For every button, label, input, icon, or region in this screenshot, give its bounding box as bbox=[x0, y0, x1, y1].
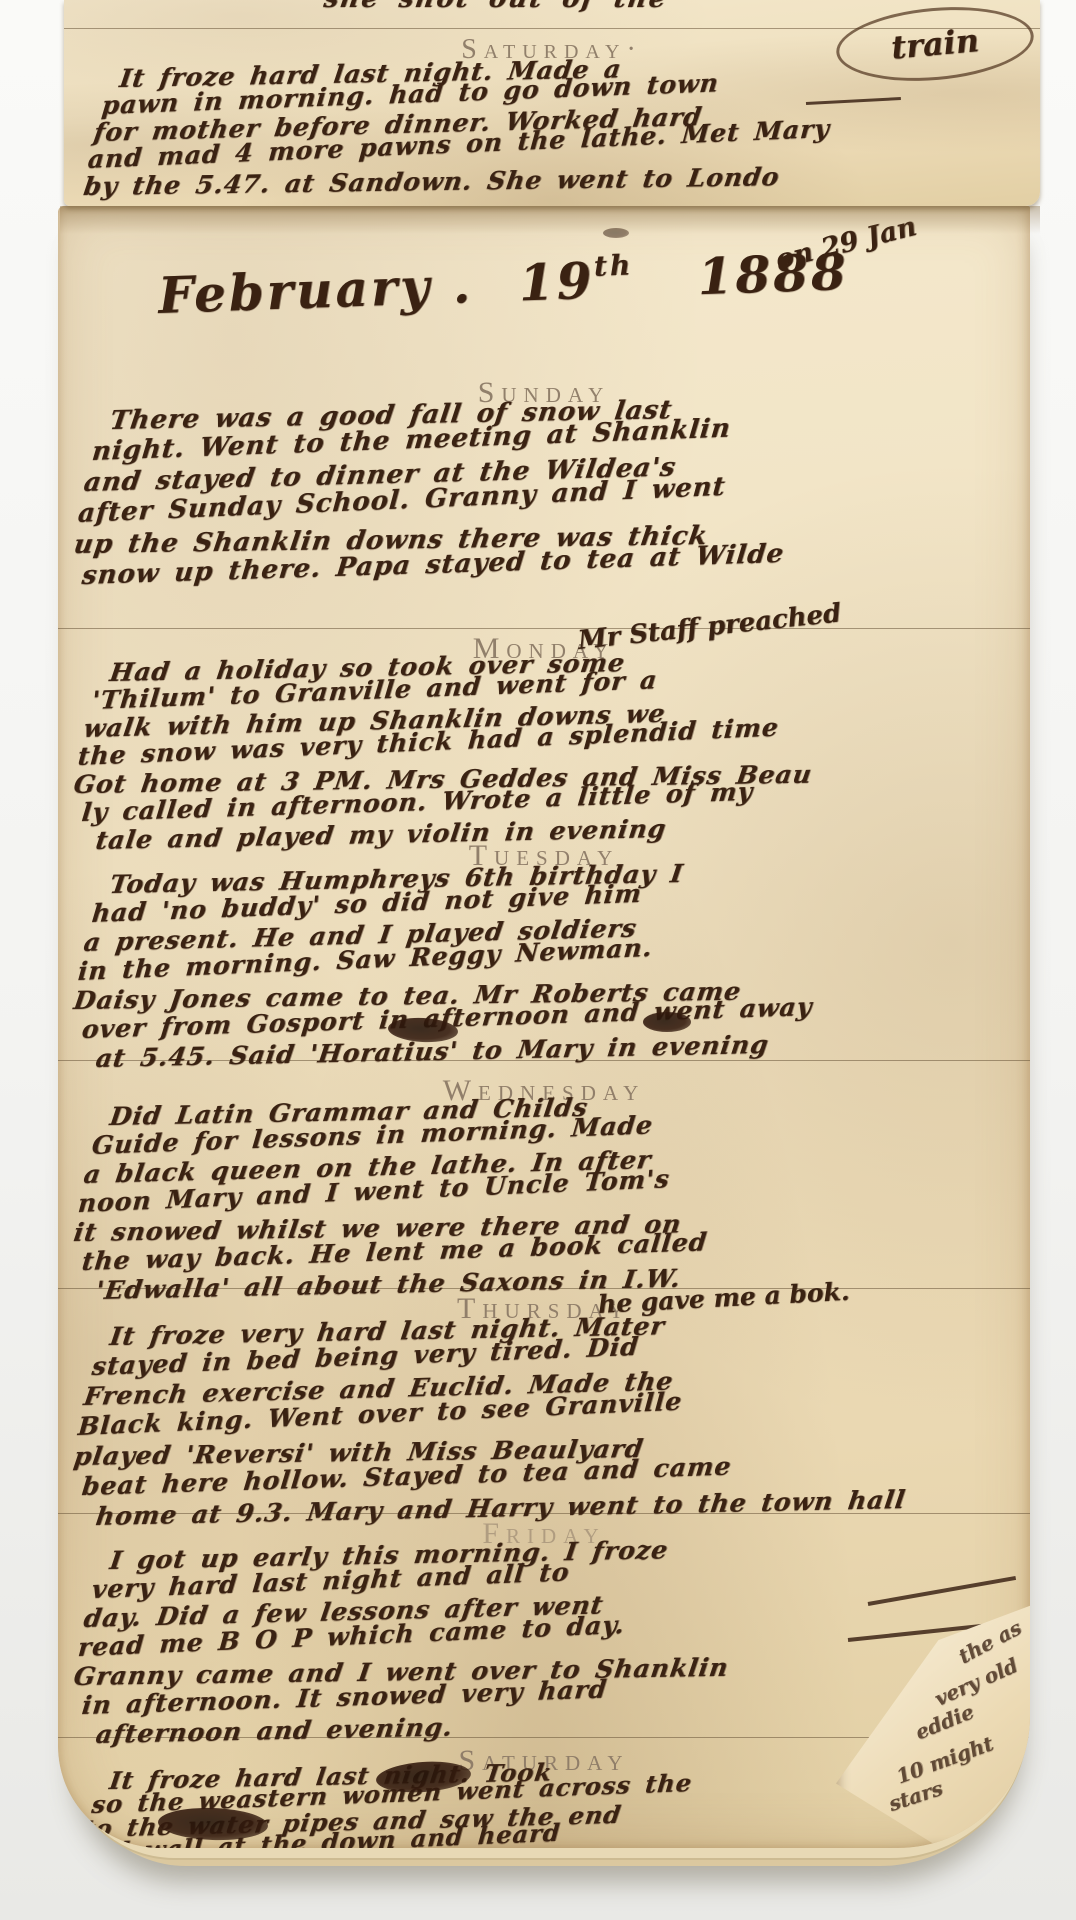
entry-sunday: There was a good fall of snow last night… bbox=[94, 406, 1024, 592]
entry-prev-saturday: It froze hard last night. Made a pawn in… bbox=[104, 64, 1024, 199]
entry-monday: Had a holiday so took over some 'Thilum'… bbox=[94, 658, 1024, 854]
diary-page: on 29 Jan February .19th1888 Sunday Ther… bbox=[58, 206, 1030, 1848]
date-year: 1888 bbox=[697, 242, 850, 306]
date-month: February . bbox=[157, 255, 474, 325]
page-fold-shadow bbox=[60, 206, 1040, 234]
date-heading: February .19th1888 bbox=[157, 242, 850, 325]
entry-tuesday: Today was Humphreys 6th birthday I had '… bbox=[94, 870, 1024, 1073]
date-day: 19 bbox=[518, 251, 596, 313]
photo-background: on 29 Jan February .19th1888 Sunday Ther… bbox=[0, 0, 1076, 1920]
ruled-line bbox=[58, 628, 1030, 629]
previous-diary-page: she shot out of the train Saturday· It f… bbox=[64, 0, 1040, 206]
fold-fragment: 10 might bbox=[893, 1731, 996, 1788]
date-ordinal: th bbox=[593, 248, 633, 282]
entry-wednesday: Did Latin Grammar and Childs Guide for l… bbox=[94, 1102, 1024, 1305]
entry-thursday: It froze very hard last night. Mater sta… bbox=[94, 1322, 1024, 1532]
ink-blot bbox=[643, 1012, 691, 1032]
